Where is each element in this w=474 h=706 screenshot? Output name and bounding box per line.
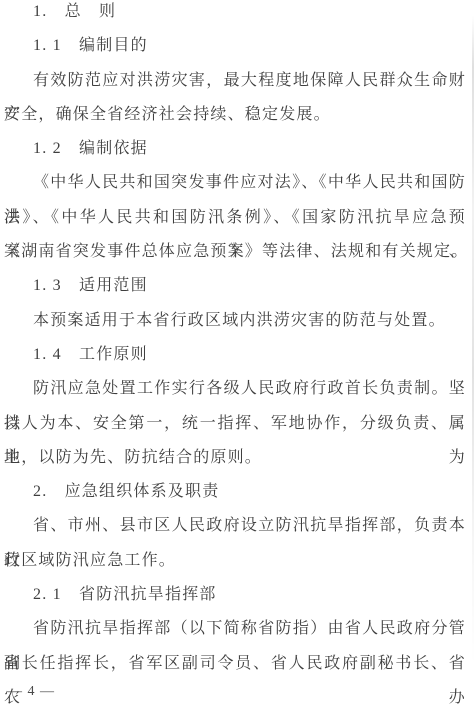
text-line: 以人为本、安全第一，统一指挥、军地协作，分级负责、属地为	[4, 407, 466, 441]
page-number: — 4 —	[8, 681, 55, 706]
text-line: 1. 1 编制目的	[4, 29, 466, 63]
text-line: 2. 应急组织体系及职责	[4, 475, 466, 509]
document-text: 1. 总 则1. 1 编制目的有效防范应对洪涝灾害，最大程度地保障人民群众生命财…	[4, 0, 466, 681]
text-line: 政区域防汛应急工作。	[4, 544, 466, 578]
text-line: 防汛应急处置工作实行各级人民政府行政首长负责制。坚持	[4, 372, 466, 406]
text-line: 1. 4 工作原则	[4, 338, 466, 372]
text-line: 1. 2 编制依据	[4, 132, 466, 166]
text-line: 1. 总 则	[4, 0, 466, 29]
text-line: 本预案适用于本省行政区域内洪涝灾害的防范与处置。	[4, 304, 466, 338]
text-line: 法》、《中华人民共和国防汛条例》、《国家防汛抗旱应急预案》、	[4, 201, 466, 235]
text-line: 1. 3 适用范围	[4, 269, 466, 303]
text-line: 省防汛抗旱指挥部（以下简称省防指）由省人民政府分管副	[4, 612, 466, 646]
document-page: 1. 总 则1. 1 编制目的有效防范应对洪涝灾害，最大程度地保障人民群众生命财…	[0, 0, 474, 706]
text-line: 安全，确保全省经济社会持续、稳定发展。	[4, 98, 466, 132]
text-line: 省、市州、县市区人民政府设立防汛抗旱指挥部，负责本行	[4, 509, 466, 543]
text-line: 2. 1 省防汛抗旱指挥部	[4, 578, 466, 612]
text-line: 省长任指挥长，省军区副司令员、省人民政府副秘书长、省农办	[4, 647, 466, 681]
text-line: 《中华人民共和国突发事件应对法》、《中华人民共和国防洪	[4, 166, 466, 200]
text-line: 有效防范应对洪涝灾害，最大程度地保障人民群众生命财产	[4, 64, 466, 98]
text-line: 《湖南省突发事件总体应急预案》等法律、法规和有关规定。	[4, 235, 466, 269]
